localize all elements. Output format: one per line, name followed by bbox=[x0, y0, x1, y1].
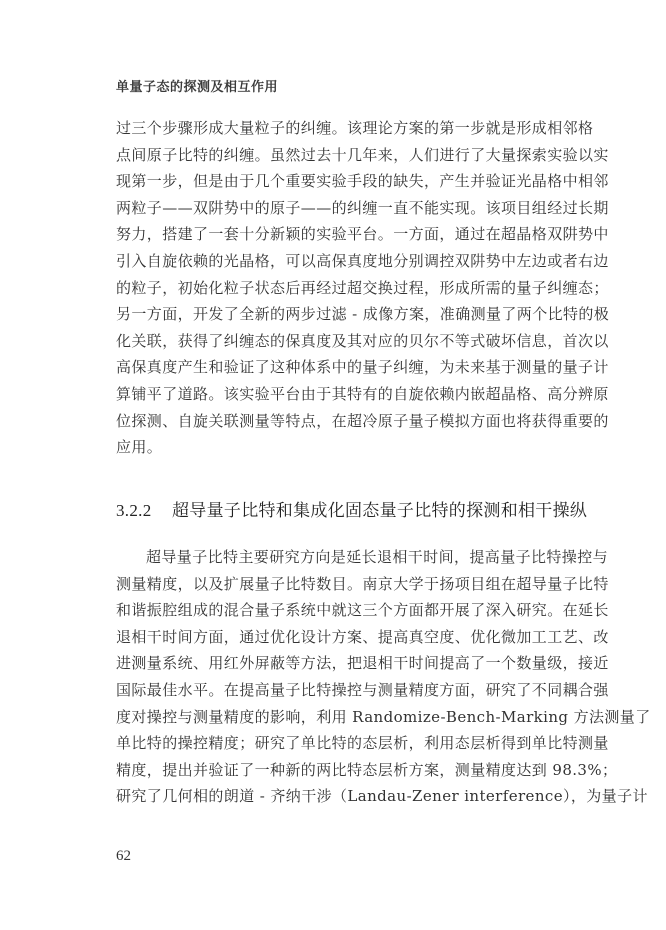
text-line: 另一方面，开发了全新的两步过滤 - 成像方案，准确测量了两个比特的极 bbox=[116, 301, 552, 328]
text-line: 引入自旋依赖的光晶格，可以高保真度地分别调控双阱势中左边或者右边 bbox=[116, 248, 552, 275]
text-line: 的粒子，初始化粒子状态后再经过超交换过程，形成所需的量子纠缠态； bbox=[116, 275, 552, 302]
text-line: 应用。 bbox=[116, 434, 552, 461]
section-heading: 3.2.2超导量子比特和集成化固态量子比特的探测和相干操纵 bbox=[116, 496, 587, 521]
text-line: 努力，搭建了一套十分新颖的实验平台。一方面，通过在超晶格双阱势中 bbox=[116, 221, 552, 248]
paragraph-1: 过三个步骤形成大量粒子的纠缠。该理论方案的第一步就是形成相邻格 点间原子比特的纠… bbox=[116, 115, 552, 461]
text-line: 化关联，获得了纠缠态的保真度及其对应的贝尔不等式破坏信息，首次以 bbox=[116, 328, 552, 355]
text-line: 高保真度产生和验证了这种体系中的量子纠缠，为未来基于测量的量子计 bbox=[116, 354, 552, 381]
text-line: 现第一步，但是由于几个重要实验手段的缺失，产生并验证光晶格中相邻 bbox=[116, 168, 552, 195]
page-number: 62 bbox=[116, 848, 131, 865]
text-line: 退相干时间方面，通过优化设计方案、提高真空度、优化微加工工艺、改 bbox=[116, 624, 552, 651]
text-line: 研究了几何相的朗道 - 齐纳干涉（Landau-Zener interferen… bbox=[116, 783, 552, 810]
text-line: 和谐振腔组成的混合量子系统中就这三个方面都开展了深入研究。在延长 bbox=[116, 597, 552, 624]
text-line: 点间原子比特的纠缠。虽然过去十几年来，人们进行了大量探索实验以实 bbox=[116, 142, 552, 169]
text-line: 超导量子比特主要研究方向是延长退相干时间，提高量子比特操控与 bbox=[116, 544, 552, 571]
text-line: 过三个步骤形成大量粒子的纠缠。该理论方案的第一步就是形成相邻格 bbox=[116, 115, 552, 142]
text-line: 位探测、自旋关联测量等特点，在超冷原子量子模拟方面也将获得重要的 bbox=[116, 408, 552, 435]
text-line: 精度，提出并验证了一种新的两比特态层析方案，测量精度达到 98.3%； bbox=[116, 757, 552, 784]
text-line: 两粒子——双阱势中的原子——的纠缠一直不能实现。该项目组经过长期 bbox=[116, 195, 552, 222]
text-line: 进测量系统、用红外屏蔽等方法，把退相干时间提高了一个数量级，接近 bbox=[116, 650, 552, 677]
running-header: 单量子态的探测及相互作用 bbox=[116, 76, 278, 95]
text-line: 国际最佳水平。在提高量子比特操控与测量精度方面，研究了不同耦合强 bbox=[116, 677, 552, 704]
section-title: 超导量子比特和集成化固态量子比特的探测和相干操纵 bbox=[172, 501, 587, 521]
text-line: 测量精度，以及扩展量子比特数目。南京大学于扬项目组在超导量子比特 bbox=[116, 571, 552, 598]
text-line: 度对操控与测量精度的影响，利用 Randomize-Bench-Marking … bbox=[116, 704, 552, 731]
text-line: 单比特的操控精度；研究了单比特的态层析，利用态层析得到单比特测量 bbox=[116, 730, 552, 757]
paragraph-2: 超导量子比特主要研究方向是延长退相干时间，提高量子比特操控与 测量精度，以及扩展… bbox=[116, 544, 552, 810]
section-number: 3.2.2 bbox=[116, 501, 172, 521]
text-line: 算铺平了道路。该实验平台由于其特有的自旋依赖内嵌超晶格、高分辨原 bbox=[116, 381, 552, 408]
